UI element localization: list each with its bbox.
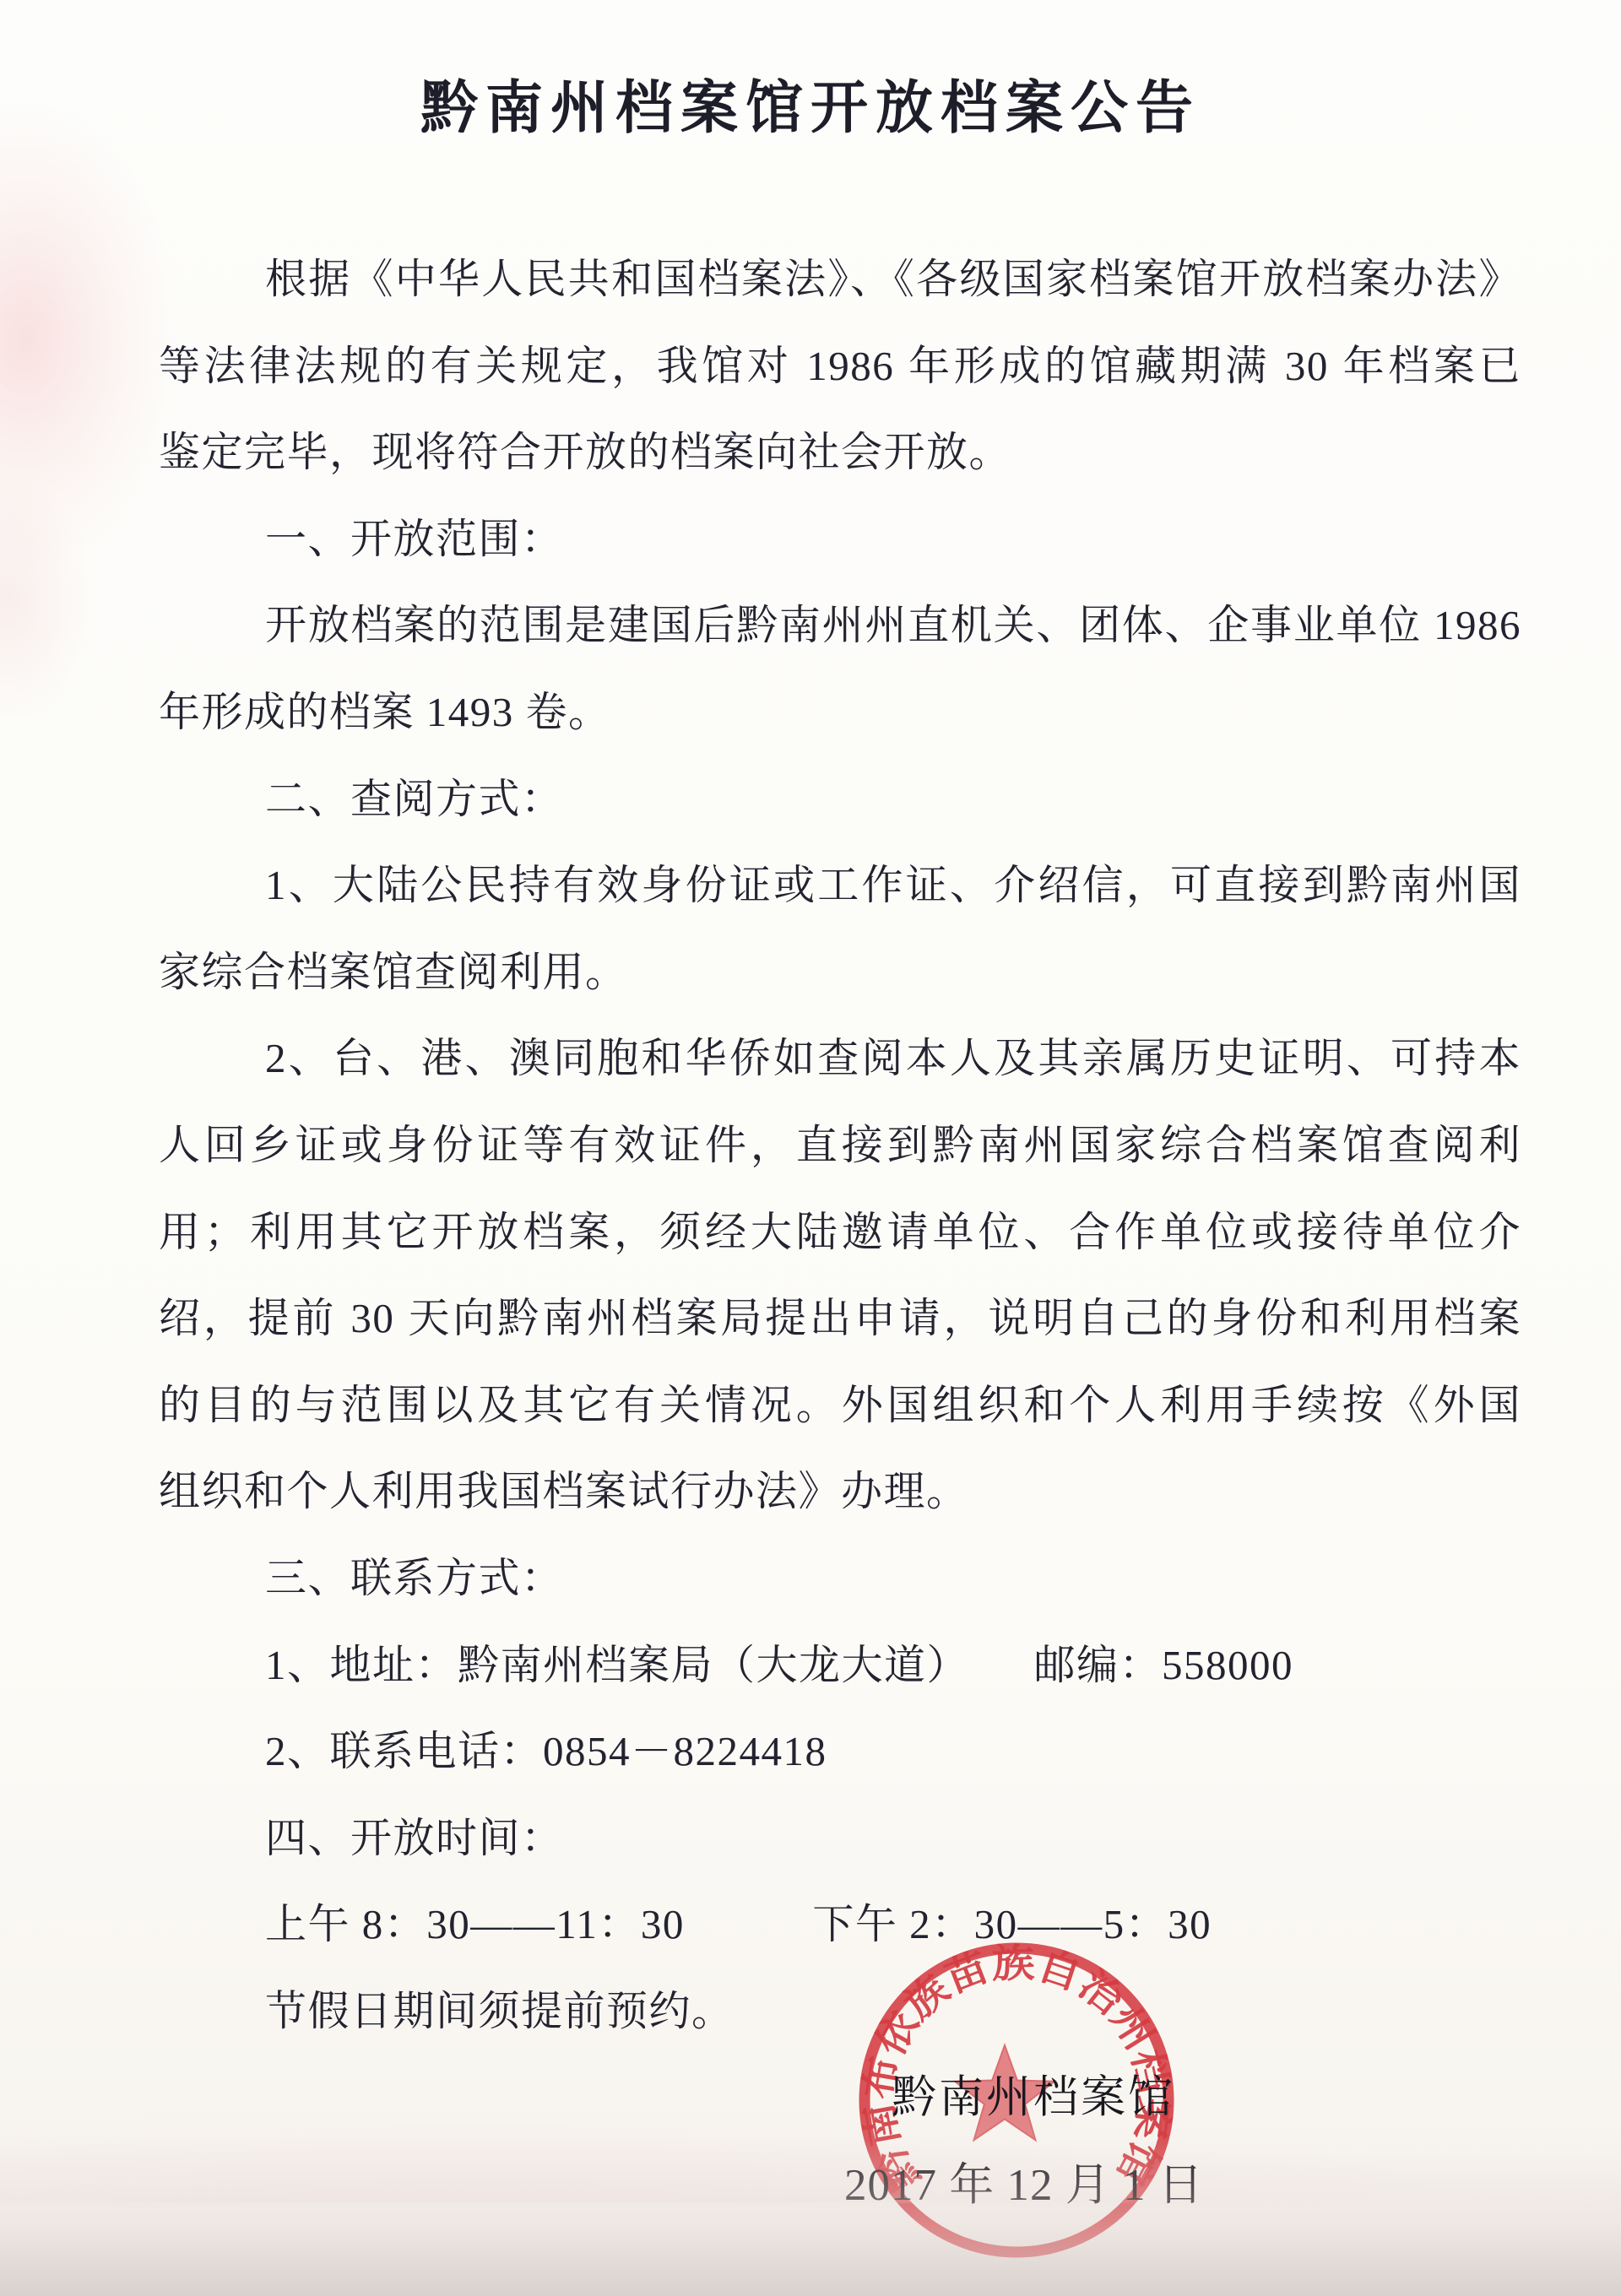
text-line: 绍，提前 30 天向黔南州档案局提出申请，说明自己的身份和利用档案 [159,1275,1521,1362]
text-line: 2、台、港、澳同胞和华侨如查阅本人及其亲属历史证明、可持本 [159,1015,1521,1102]
text-line: 鉴定完毕，现将符合开放的档案向社会开放。 [159,409,1521,496]
text-line: 家综合档案馆查阅利用。 [159,929,1521,1016]
text-line: 1、大陆公民持有效身份证或工作证、介绍信，可直接到黔南州国 [159,842,1521,929]
text-line: 1、地址：黔南州档案局（大龙大道） 邮编：558000 [159,1622,1521,1709]
text-line: 上午 8：30——11：30 下午 2：30——5：30 [159,1882,1521,1968]
text-line: 2、联系电话：0854－8224418 [159,1708,1521,1795]
text-line: 一、开放范围： [159,496,1521,583]
text-line: 开放档案的范围是建国后黔南州州直机关、团体、企事业单位 1986 [159,582,1521,669]
text-line: 等法律法规的有关规定，我馆对 1986 年形成的馆藏期满 30 年档案已 [159,323,1521,410]
text-line: 根据《中华人民共和国档案法》、《各级国家档案馆开放档案办法》 [159,236,1521,323]
scanned-document-page: 黔南州档案馆开放档案公告 根据《中华人民共和国档案法》、《各级国家档案馆开放档案… [0,0,1621,2296]
scan-shadow-bottom [0,2140,1621,2296]
text-line: 三、联系方式： [159,1535,1521,1622]
text-line: 的目的与范围以及其它有关情况。外国组织和个人利用手续按《外国 [159,1362,1521,1449]
text-line: 年形成的档案 1493 卷。 [159,669,1521,756]
text-line: 节假日期间须提前预约。 [159,1968,1521,2055]
text-line: 用；利用其它开放档案，须经大陆邀请单位、合作单位或接待单位介 [159,1189,1521,1276]
text-line: 四、开放时间： [159,1795,1521,1882]
text-line: 人回乡证或身份证等有效证件，直接到黔南州国家综合档案馆查阅利 [159,1102,1521,1189]
text-line: 组织和个人利用我国档案试行办法》办理。 [159,1449,1521,1535]
document-body: 根据《中华人民共和国档案法》、《各级国家档案馆开放档案办法》等法律法规的有关规定… [159,236,1521,2055]
page-title: 黔南州档案馆开放档案公告 [0,62,1621,144]
text-line: 二、查阅方式： [159,756,1521,843]
